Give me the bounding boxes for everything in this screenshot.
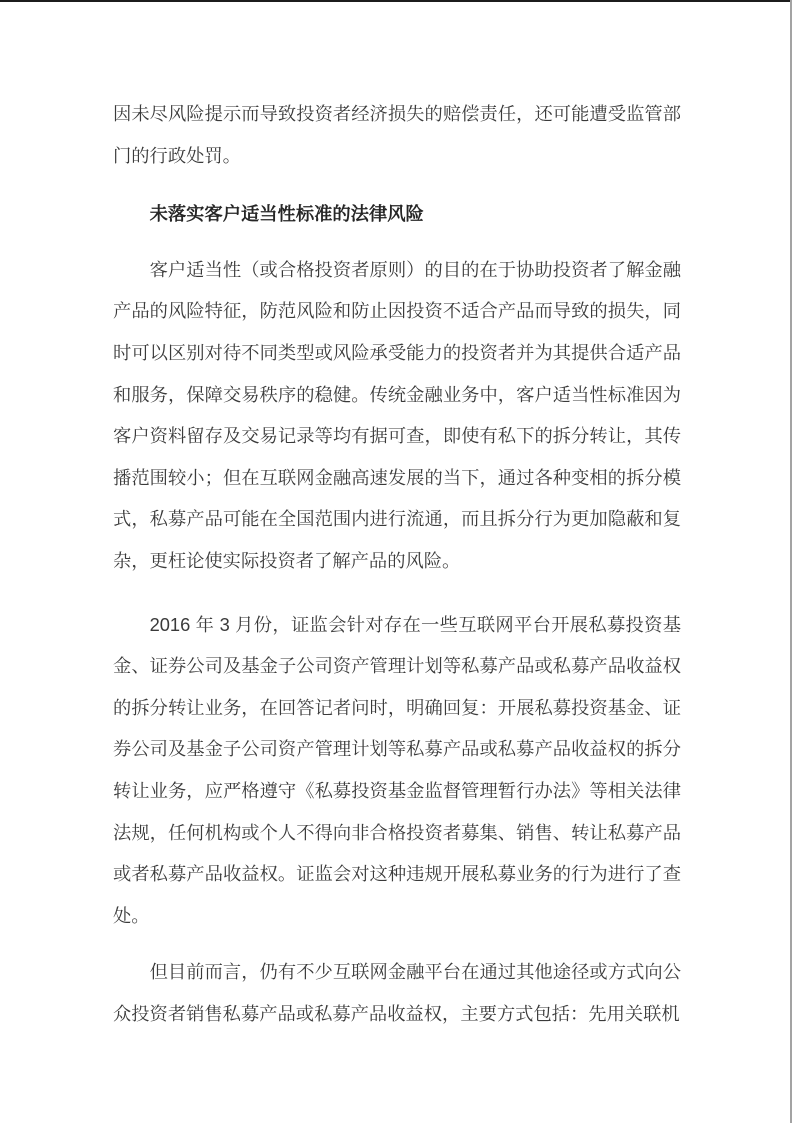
page-top-edge-line bbox=[0, 0, 791, 2]
paragraph-current-platforms: 但目前而言，仍有不少互联网金融平台在通过其他途径或方式向公众投资者销售私募产品或… bbox=[113, 951, 681, 1034]
paragraph-continuation: 因未尽风险提示而导致投资者经济损失的赔偿责任，还可能遭受监管部门的行政处罚。 bbox=[113, 93, 681, 176]
paragraph-client-suitability: 客户适当性（或合格投资者原则）的目的在于协助投资者了解金融产品的风险特征，防范风… bbox=[113, 249, 681, 582]
document-page: 因未尽风险提示而导致投资者经济损失的赔偿责任，还可能遭受监管部门的行政处罚。 未… bbox=[0, 0, 794, 1123]
paragraph-csrc-2016: 2016 年 3 月份，证监会针对存在一些互联网平台开展私募投资基金、证券公司及… bbox=[113, 604, 681, 937]
page-right-edge-line bbox=[790, 0, 792, 1123]
document-body: 因未尽风险提示而导致投资者经济损失的赔偿责任，还可能遭受监管部门的行政处罚。 未… bbox=[113, 93, 681, 1034]
section-heading: 未落实客户适当性标准的法律风险 bbox=[113, 193, 681, 235]
